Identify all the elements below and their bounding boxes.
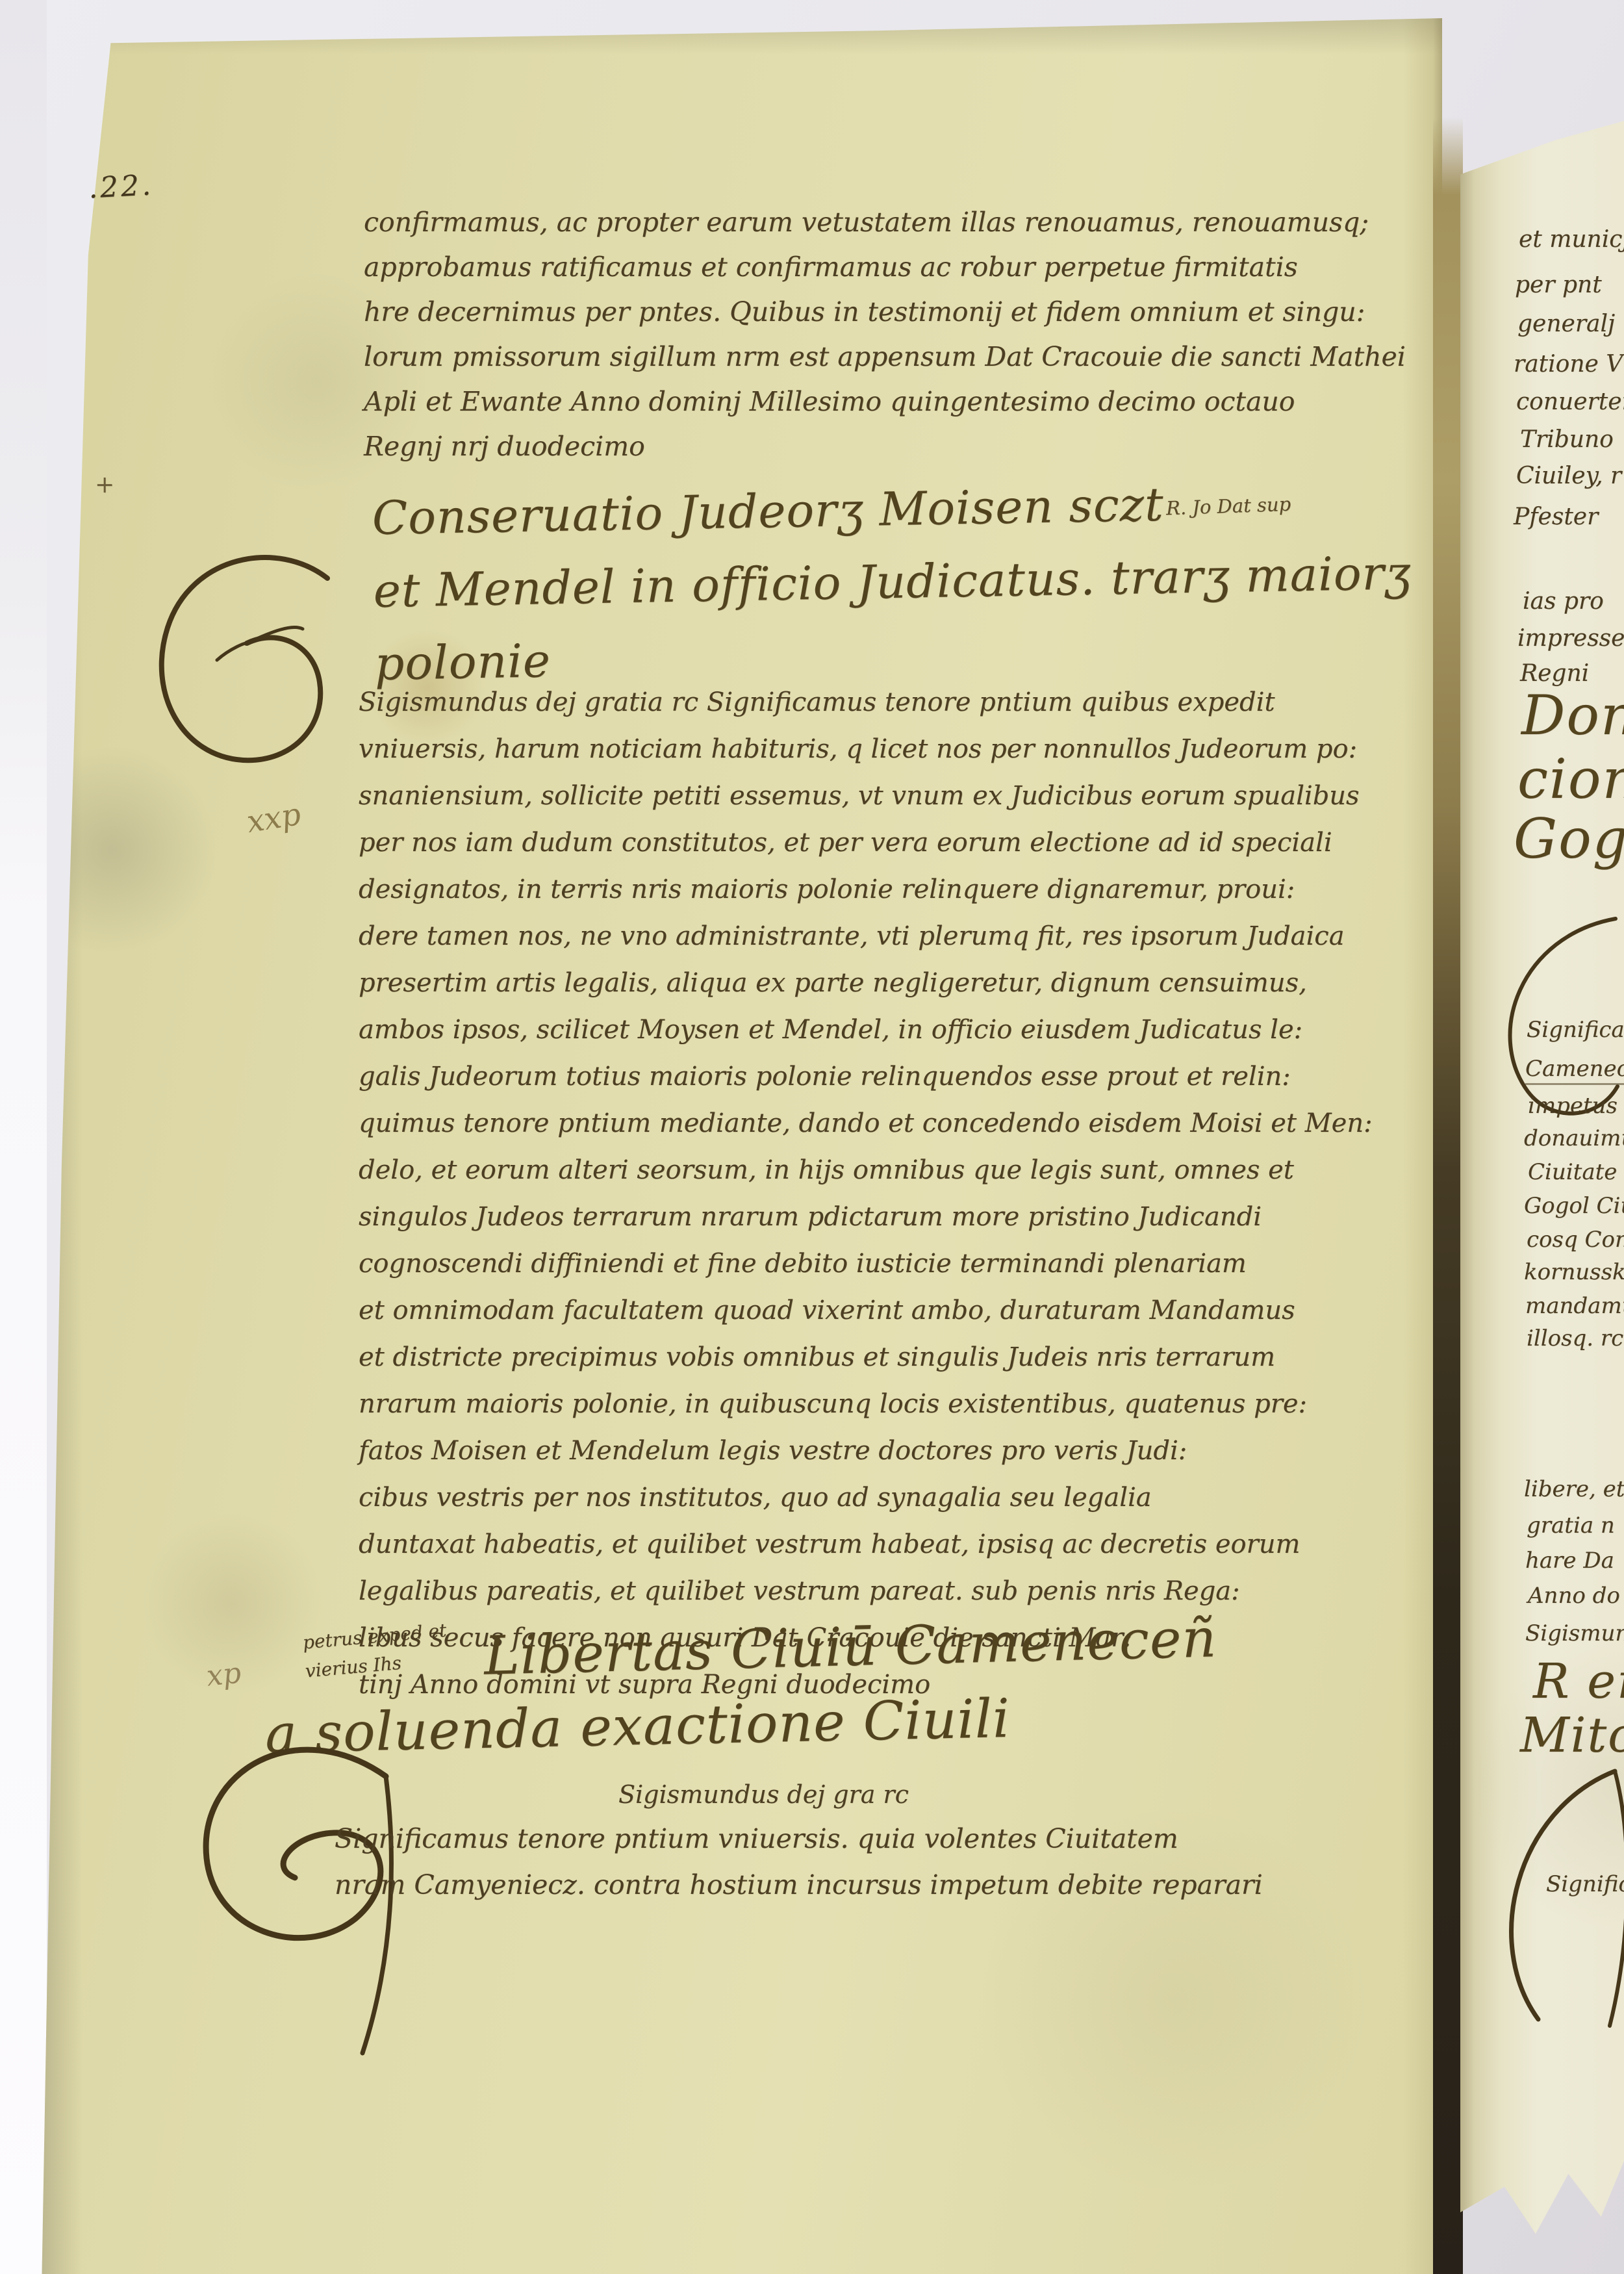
- facing-line-underlined: Camenecen: [1525, 1056, 1624, 1085]
- manuscript-line: Regnj nrj duodecimo: [364, 431, 1406, 476]
- facing-line: per pnt: [1515, 272, 1602, 298]
- facing-line: illosq. rc: [1527, 1325, 1623, 1351]
- scan-background-left-edge: [0, 0, 47, 2274]
- manuscript-line: Significamus tenore pntium vniuersis. qu…: [335, 1823, 1263, 1869]
- facing-heading-line: cione: [1517, 747, 1624, 811]
- margin-cross-mark: +: [95, 472, 114, 498]
- facing-line: Significa: [1546, 1871, 1624, 1897]
- facing-line: donauimus: [1524, 1125, 1624, 1151]
- facing-line: impetus: [1528, 1093, 1618, 1119]
- manuscript-scan: .22. confirmamus, ac propter earum vetus…: [0, 0, 1624, 2274]
- manuscript-line: et omnimodam facultatem quoad vixerint a…: [359, 1296, 1373, 1342]
- book-gutter-ribbon: [1433, 117, 1463, 2274]
- facing-line: gratia n: [1527, 1513, 1615, 1539]
- manuscript-line: lorum pmissorum sigillum nrm est appensu…: [364, 341, 1406, 386]
- manuscript-line: snaniensium, sollicite petiti essemus, v…: [359, 781, 1373, 828]
- facing-line: impresse: [1517, 625, 1624, 652]
- facing-line: conuerterc: [1516, 389, 1624, 415]
- manuscript-line: duntaxat habeatis, et quilibet vestrum h…: [359, 1529, 1373, 1576]
- facing-line: et municj: [1519, 226, 1624, 253]
- facing-line: cosq Confi: [1527, 1227, 1624, 1253]
- manuscript-line: Sigismundus dej gratia rc Significamus t…: [359, 687, 1373, 734]
- facing-line: Gogol Ciui: [1524, 1193, 1624, 1219]
- manuscript-line: et districte precipimus vobis omnibus et…: [359, 1342, 1373, 1389]
- manuscript-line: cognoscendi diffiniendi et fine debito i…: [359, 1249, 1373, 1296]
- manuscript-line: vniuersis, harum noticiam habituris, q l…: [359, 734, 1373, 781]
- facing-line: ratione V: [1514, 351, 1623, 377]
- manuscript-line: designatos, in terris nris maioris polon…: [359, 875, 1373, 921]
- facing-heading-line: Dona: [1521, 683, 1624, 747]
- facing-line: generalj: [1517, 311, 1615, 337]
- manuscript-line: confirmamus, ac propter earum vetustatem…: [364, 207, 1406, 251]
- manuscript-line: quimus tenore pntium mediante, dando et …: [359, 1108, 1373, 1155]
- facing-heading-line: Gogol: [1514, 807, 1624, 871]
- manuscript-line: nram Camyeniecz. contra hostium incursus…: [335, 1869, 1263, 1915]
- charter1-heading-side-note: R. Jo Dat sup: [1165, 493, 1291, 520]
- manuscript-line: fatos Moisen et Mendelum legis vestre do…: [359, 1436, 1373, 1483]
- facing-line: ias pro: [1523, 588, 1604, 615]
- manuscript-line: per nos iam dudum constitutos, et per ve…: [359, 828, 1373, 875]
- facing-line: Ciuiley, r: [1516, 463, 1621, 489]
- charter2-body: Significamus tenore pntium vniuersis. qu…: [335, 1823, 1263, 1915]
- facing-line: Pfester: [1514, 504, 1598, 530]
- page-number: .22.: [88, 168, 155, 205]
- manuscript-line: galis Judeorum totius maioris polonie re…: [359, 1062, 1373, 1108]
- manuscript-line: presertim artis legalis, aliqua ex parte…: [359, 968, 1373, 1015]
- charter1-closing-paragraph: confirmamus, ac propter earum vetustatem…: [364, 207, 1406, 476]
- charter2-intitulatio: Sigismundus dej gra rc: [618, 1780, 909, 1809]
- facing-heading2-line: R en: [1533, 1654, 1624, 1709]
- charter1-body: Sigismundus dej gratia rc Significamus t…: [359, 687, 1373, 1717]
- manuscript-line: approbamus ratificamus et confirmamus ac…: [364, 251, 1406, 296]
- manuscript-line: delo, et eorum alteri seorsum, in hijs o…: [359, 1155, 1373, 1202]
- manuscript-line: singulos Judeos terrarum nrarum pdictaru…: [359, 1202, 1373, 1249]
- facing-line: libere, et: [1524, 1476, 1624, 1502]
- facing-line: Regni: [1520, 660, 1589, 687]
- facing-line: Significam: [1527, 1017, 1624, 1043]
- manuscript-line: ambos ipsos, scilicet Moysen et Mendel, …: [359, 1015, 1373, 1062]
- manuscript-line: hre decernimus per pntes. Quibus in test…: [364, 296, 1406, 341]
- manuscript-line: cibus vestris per nos institutos, quo ad…: [359, 1483, 1373, 1529]
- charter1-initial-flourish: [144, 551, 339, 775]
- manuscript-line: Apli et Ewante Anno dominj Millesimo qui…: [364, 386, 1406, 431]
- facing-line: mandamus: [1525, 1293, 1624, 1319]
- facing-line: kornussky: [1524, 1259, 1624, 1285]
- margin-note-xp: xp: [205, 1656, 242, 1693]
- facing-line: Ciuitate: [1528, 1159, 1617, 1185]
- facing-line: hare Da: [1525, 1548, 1614, 1574]
- facing-line: Tribuno: [1520, 426, 1614, 453]
- facing-line: Sigismund: [1525, 1620, 1624, 1646]
- manuscript-line: dere tamen nos, ne vno administrante, vt…: [359, 921, 1373, 968]
- facing-line: Anno do: [1528, 1583, 1620, 1609]
- manuscript-line: nrarum maioris polonie, in quibuscunq lo…: [359, 1389, 1373, 1436]
